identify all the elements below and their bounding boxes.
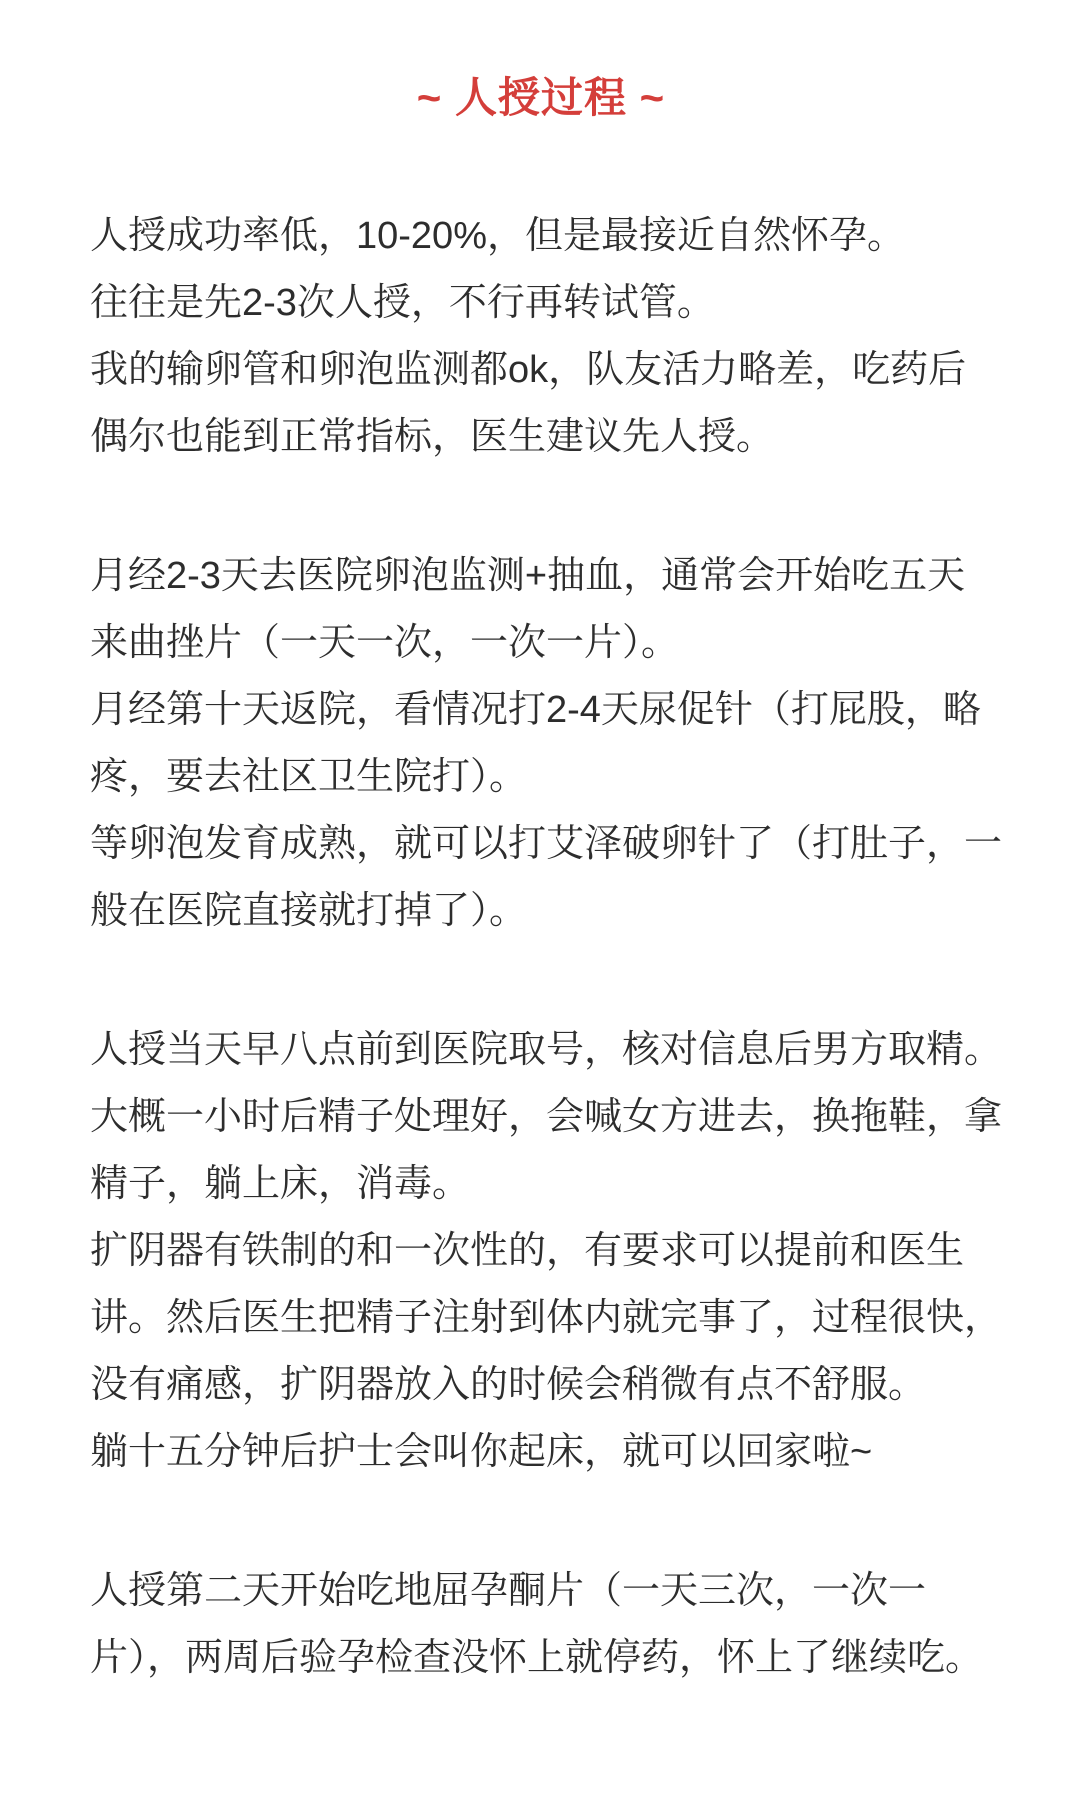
text-line: 没有痛感，扩阴器放入的时候会稍微有点不舒服。 [90, 1352, 992, 1419]
text-line: 人授当天早八点前到医院取号，核对信息后男方取精。 [90, 1017, 992, 1084]
paragraph: 人授当天早八点前到医院取号，核对信息后男方取精。大概一小时后精子处理好，会喊女方… [90, 1017, 992, 1486]
text-line: 片），两周后验孕检查没怀上就停药，怀上了继续吃。 [90, 1625, 992, 1692]
text-line: 般在医院直接就打掉了）。 [90, 878, 992, 945]
text-line: 偶尔也能到正常指标，医生建议先人授。 [90, 404, 992, 471]
text-line: 往往是先2-3次人授，不行再转试管。 [90, 270, 992, 337]
text-line: 讲。然后医生把精子注射到体内就完事了，过程很快， [90, 1285, 992, 1352]
paragraph: 人授第二天开始吃地屈孕酮片（一天三次，一次一片），两周后验孕检查没怀上就停药，怀… [90, 1558, 992, 1692]
text-line: 人授第二天开始吃地屈孕酮片（一天三次，一次一 [90, 1558, 992, 1625]
text-line: 疼，要去社区卫生院打）。 [90, 744, 992, 811]
page-title: ~ 人授过程 ~ [90, 60, 992, 135]
text-line: 等卵泡发育成熟，就可以打艾泽破卵针了（打肚子，一 [90, 811, 992, 878]
text-line: 月经第十天返院，看情况打2-4天尿促针（打屁股，略 [90, 677, 992, 744]
text-line: 躺十五分钟后护士会叫你起床，就可以回家啦~ [90, 1419, 992, 1486]
paragraph: 月经2-3天去医院卵泡监测+抽血，通常会开始吃五天来曲挫片（一天一次，一次一片）… [90, 543, 992, 945]
text-line: 人授成功率低，10-20%，但是最接近自然怀孕。 [90, 203, 992, 270]
note-page: ~ 人授过程 ~ 人授成功率低，10-20%，但是最接近自然怀孕。往往是先2-3… [0, 0, 1080, 1793]
text-line: 来曲挫片（一天一次，一次一片）。 [90, 610, 992, 677]
article-body: 人授成功率低，10-20%，但是最接近自然怀孕。往往是先2-3次人授，不行再转试… [90, 203, 992, 1692]
text-line: 大概一小时后精子处理好，会喊女方进去，换拖鞋，拿 [90, 1084, 992, 1151]
text-line: 月经2-3天去医院卵泡监测+抽血，通常会开始吃五天 [90, 543, 992, 610]
paragraph: 人授成功率低，10-20%，但是最接近自然怀孕。往往是先2-3次人授，不行再转试… [90, 203, 992, 471]
text-line: 我的输卵管和卵泡监测都ok，队友活力略差，吃药后 [90, 337, 992, 404]
text-line: 精子，躺上床，消毒。 [90, 1151, 992, 1218]
text-line: 扩阴器有铁制的和一次性的，有要求可以提前和医生 [90, 1218, 992, 1285]
